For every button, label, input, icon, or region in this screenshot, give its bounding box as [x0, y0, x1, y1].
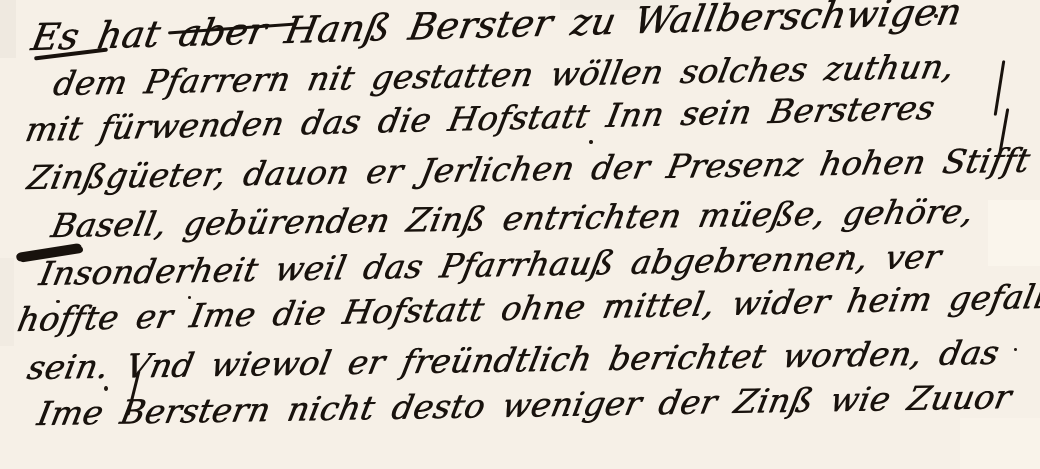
- scan-tone-patch: [960, 418, 1040, 469]
- ink-speck: [1014, 348, 1017, 351]
- pen-descender-flourish: [994, 60, 1006, 116]
- manuscript-line: Basell, gebürenden Zinß entrichten müeße…: [48, 192, 977, 245]
- manuscript-line: Zinßgüeter, dauon er Jerlichen der Prese…: [24, 141, 1033, 197]
- ink-speck: [589, 140, 593, 144]
- manuscript-line: Ime Berstern nicht desto weniger der Zin…: [34, 377, 1015, 433]
- ink-speck: [104, 386, 108, 391]
- scan-tone-patch: [0, 0, 16, 58]
- scan-tone-patch: [988, 200, 1040, 266]
- manuscript-scan: Es hat aber Hanß Berster zu Wallberschwi…: [0, 0, 1040, 469]
- scan-tone-patch: [0, 258, 14, 346]
